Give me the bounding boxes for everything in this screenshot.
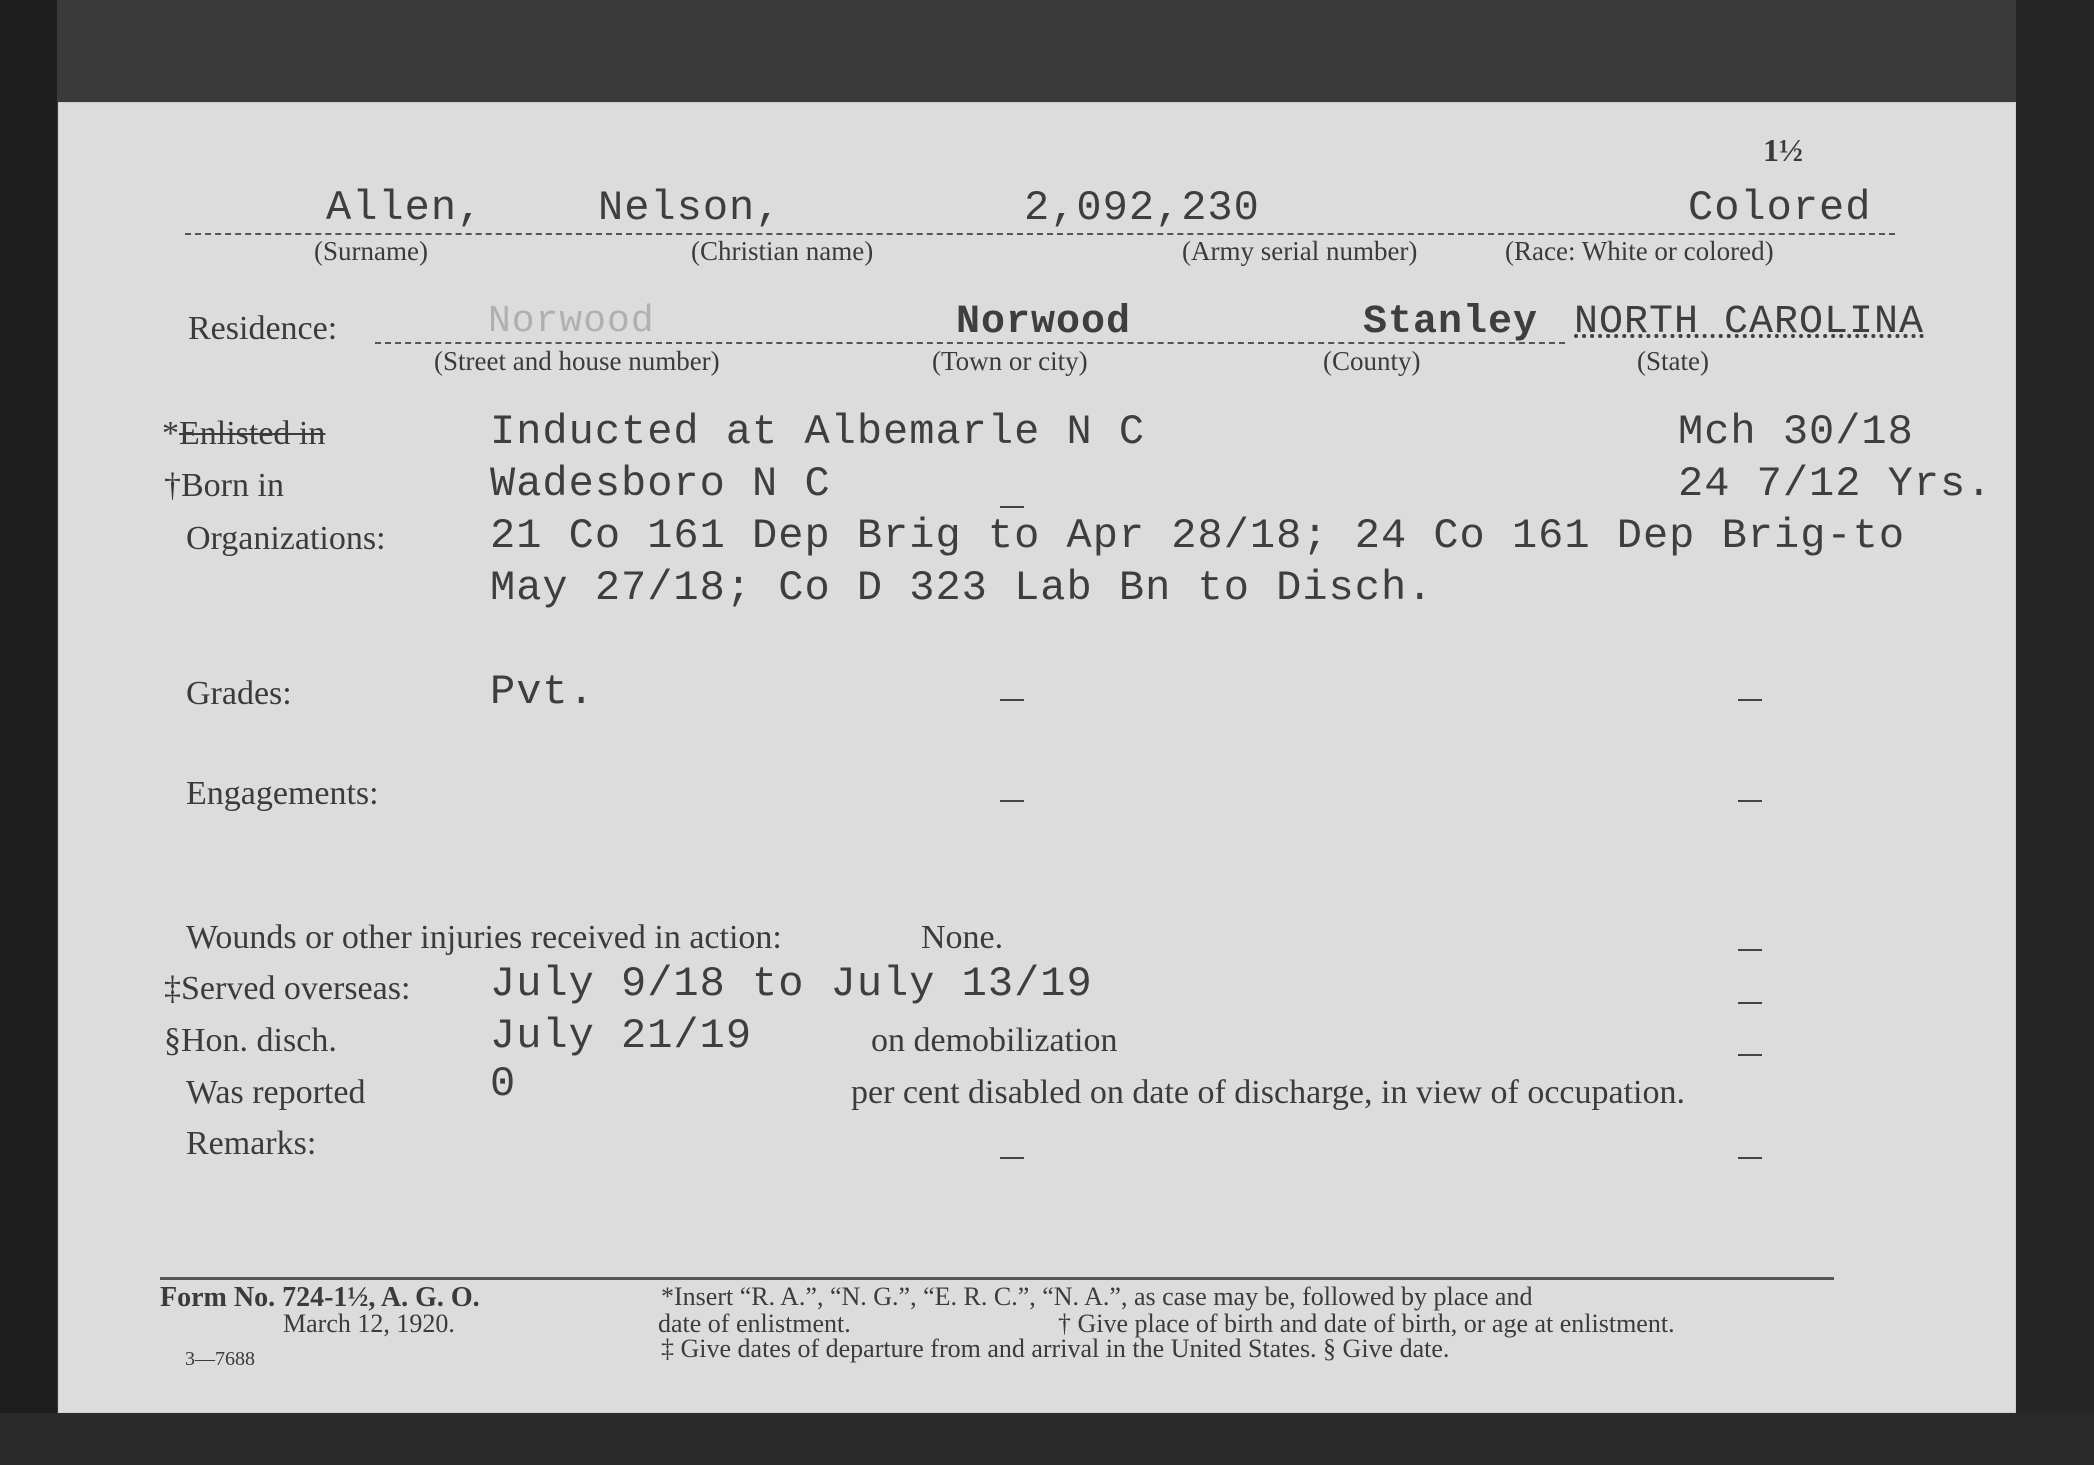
state-caption: (State) xyxy=(1637,346,1709,377)
town-value: Norwood xyxy=(956,300,1131,345)
town-caption: (Town or city) xyxy=(932,346,1088,377)
born-value: Wadesboro N C xyxy=(490,460,831,508)
serial-number-value: 2,092,230 xyxy=(1024,184,1260,232)
wounds-value: None. xyxy=(921,919,1003,957)
organizations-label: Organizations: xyxy=(186,520,386,558)
discharge-marker: § xyxy=(164,1022,181,1059)
born-label: †Born in xyxy=(164,467,284,505)
disability-value: 0 xyxy=(490,1060,516,1108)
enlisted-value: Inducted at Albemarle N C xyxy=(490,408,1145,456)
remarks-blank-right xyxy=(1738,1157,1762,1159)
born-label-text: Born in xyxy=(181,467,284,504)
form-date: March 12, 1920. xyxy=(283,1309,455,1339)
race-caption: (Race: White or colored) xyxy=(1505,236,1774,267)
discharge-label: §Hon. disch. xyxy=(164,1022,337,1060)
enlisted-date: Mch 30/18 xyxy=(1678,408,1914,456)
serial-number-caption: (Army serial number) xyxy=(1182,236,1417,267)
organizations-line2: May 27/18; Co D 323 Lab Bn to Disch. xyxy=(490,564,1433,612)
footnote-3: ‡ Give dates of departure from and arriv… xyxy=(661,1334,1449,1364)
footer-rule-right xyxy=(1132,1277,1834,1280)
footer-rule-left xyxy=(160,1277,1252,1280)
wounds-blank-right xyxy=(1738,949,1762,951)
county-caption: (County) xyxy=(1323,346,1421,377)
enlisted-label: *Enlisted in xyxy=(162,415,325,453)
overseas-blank-right xyxy=(1738,1002,1762,1004)
born-age: 24 7/12 Yrs. xyxy=(1678,460,1992,508)
overseas-label-text: Served overseas: xyxy=(181,970,410,1007)
enlisted-marker: * xyxy=(162,415,179,452)
street-caption: (Street and house number) xyxy=(434,346,720,377)
surname-value: Allen, xyxy=(326,184,483,232)
organizations-line1: 21 Co 161 Dep Brig to Apr 28/18; 24 Co 1… xyxy=(490,512,1905,560)
remarks-blank-mid xyxy=(1000,1157,1024,1159)
print-code: 3—7688 xyxy=(185,1348,255,1371)
discharge-blank-right xyxy=(1738,1054,1762,1056)
engagements-label: Engagements: xyxy=(186,775,379,813)
born-blank xyxy=(1000,506,1024,508)
engagements-blank-right xyxy=(1738,800,1762,802)
christian-name-caption: (Christian name) xyxy=(691,236,873,267)
county-value: Stanley xyxy=(1363,300,1538,345)
grades-label: Grades: xyxy=(186,675,292,713)
overseas-value: July 9/18 to July 13/19 xyxy=(490,960,1093,1008)
overseas-marker: ‡ xyxy=(164,970,181,1007)
remarks-label: Remarks: xyxy=(186,1125,316,1163)
street-value: Norwood xyxy=(488,300,655,343)
name-row-line xyxy=(185,233,1895,235)
engagements-blank-mid xyxy=(1000,800,1024,802)
born-marker: † xyxy=(164,467,181,504)
christian-name-value: Nelson, xyxy=(598,184,781,232)
scan-background-right xyxy=(2016,0,2094,1465)
disability-label: Was reported xyxy=(186,1074,365,1112)
discharge-note: on demobilization xyxy=(871,1022,1117,1060)
enlisted-label-text: Enlisted in xyxy=(179,415,325,452)
scan-background-bottom xyxy=(0,1413,2094,1465)
wounds-label: Wounds or other injuries received in act… xyxy=(186,919,782,957)
service-record-card: 1½ Allen, Nelson, 2,092,230 Colored (Sur… xyxy=(58,102,2016,1413)
race-value: Colored xyxy=(1688,184,1871,232)
disability-note: per cent disabled on date of discharge, … xyxy=(851,1074,1685,1112)
overseas-label: ‡Served overseas: xyxy=(164,970,410,1008)
footnote-1a: *Insert “R. A.”, “N. G.”, “E. R. C.”, “N… xyxy=(661,1282,1532,1312)
surname-caption: (Surname) xyxy=(314,236,428,267)
scan-background-left xyxy=(0,0,57,1465)
grades-blank-mid xyxy=(1000,699,1024,701)
state-value: NORTH CAROLINA xyxy=(1574,300,1924,345)
grades-value: Pvt. xyxy=(490,668,595,716)
residence-label: Residence: xyxy=(188,310,337,348)
discharge-label-text: Hon. disch. xyxy=(181,1022,337,1059)
grades-blank-right xyxy=(1738,699,1762,701)
corner-mark: 1½ xyxy=(1763,132,1803,169)
discharge-value: July 21/19 xyxy=(490,1012,752,1060)
